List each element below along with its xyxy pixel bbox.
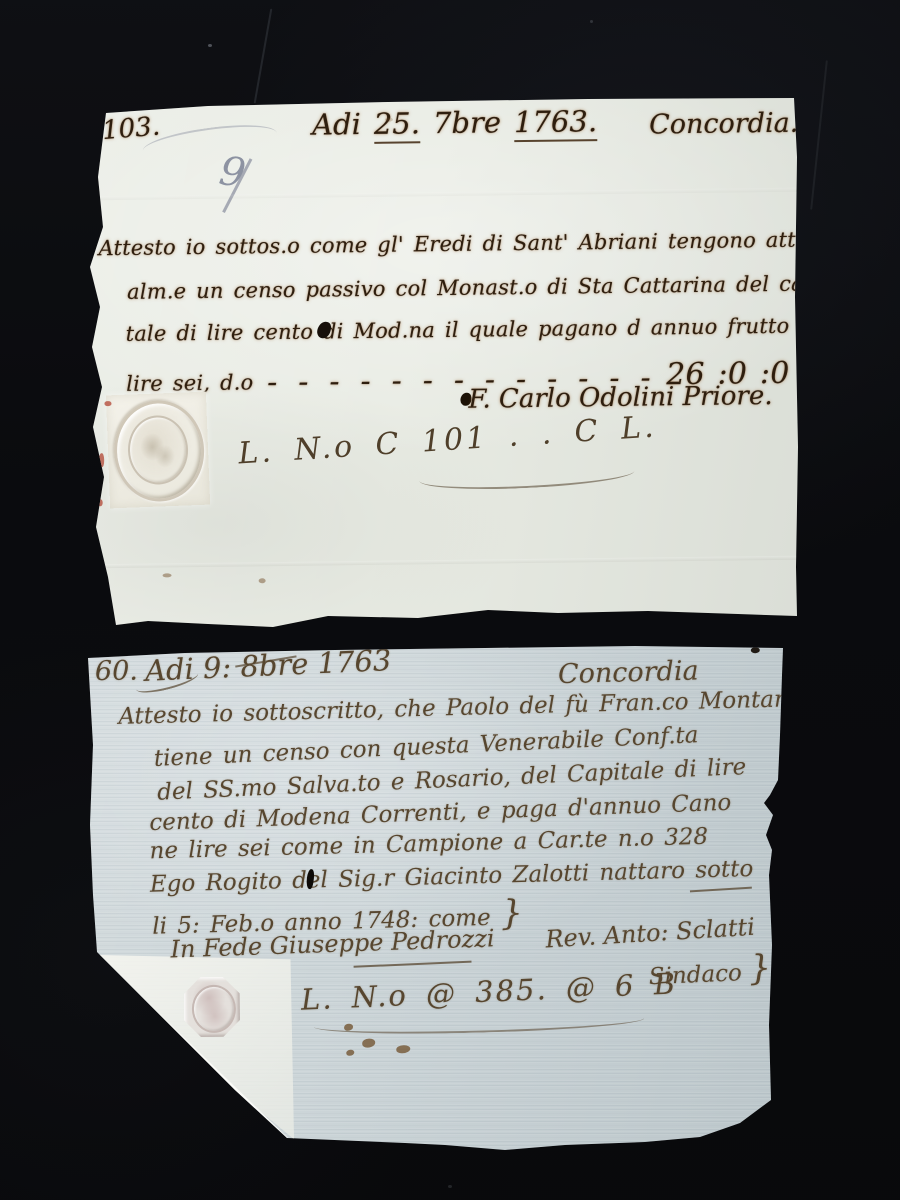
body-line: Ego Rogito del Sig.r Giacinto Zalotti na…: [150, 856, 754, 898]
embossed-seal-center: [127, 414, 190, 485]
paper-crease: [90, 556, 802, 569]
document-1-content: 103. 9 Adi 25. 7bre 1763. Concordia. Att…: [85, 93, 803, 635]
ink-flourish: [419, 459, 635, 493]
ink-flourish: }: [748, 948, 772, 989]
embossed-seal-patch: [106, 392, 210, 509]
underline-stroke: [690, 887, 752, 893]
ink-flourish: }: [500, 893, 523, 934]
ledger-notation: L. N.o C 101 . . C L.: [237, 409, 657, 471]
document-1: 103. 9 Adi 25. 7bre 1763. Concordia. Att…: [88, 97, 800, 630]
date-year: 1763.: [514, 104, 597, 142]
dust-speck: [208, 44, 212, 47]
ink-spot: [362, 1039, 375, 1048]
place-name: Concordia.: [649, 108, 799, 141]
ledger-notation: L. N.o @ 385. @ 6 B: [300, 966, 677, 1016]
archival-number: 60.: [95, 656, 138, 687]
background-scratch: [254, 9, 273, 104]
body-line: Attesto io sottoscritto, che Paolo del f…: [118, 685, 821, 729]
pencil-stroke: [141, 119, 279, 165]
underline-stroke: [354, 961, 472, 968]
body-line: Attesto io sottos.o come gl' Eredi di Sa…: [98, 227, 827, 260]
dust-speck: [590, 20, 593, 23]
embossed-seal-center: [192, 985, 236, 1033]
signature: F. Carlo Odolini Priore.: [468, 381, 772, 415]
witness-signature: Rev. Anto: Sclatti: [545, 913, 756, 954]
wax-trace: [104, 401, 111, 406]
date-prefix: Adi: [312, 107, 361, 142]
date-month: 7bre: [433, 105, 501, 140]
stain-speck: [751, 647, 760, 653]
dust-speck: [448, 1185, 452, 1188]
paper-crease: [86, 188, 798, 201]
ink-spot: [346, 1050, 354, 1056]
body-line: alm.e un censo passivo col Monast.o di S…: [127, 271, 832, 304]
date-line: Adi 25. 7bre 1763.: [312, 104, 597, 144]
body-line: tale di lire cento di Mod.na il quale pa…: [125, 314, 789, 346]
stain-speck: [259, 578, 266, 583]
embossed-seal-octagon: [184, 977, 241, 1037]
embossed-seal-icon: [112, 399, 206, 503]
stain-speck: [163, 573, 172, 577]
photo-stage: { "colors": { "background": "#0b0c0f", "…: [0, 0, 900, 1200]
place-name: Concordia: [558, 655, 699, 690]
ink-spot: [396, 1045, 410, 1053]
date-day: 25.: [374, 106, 421, 144]
background-scratch: [810, 60, 827, 209]
